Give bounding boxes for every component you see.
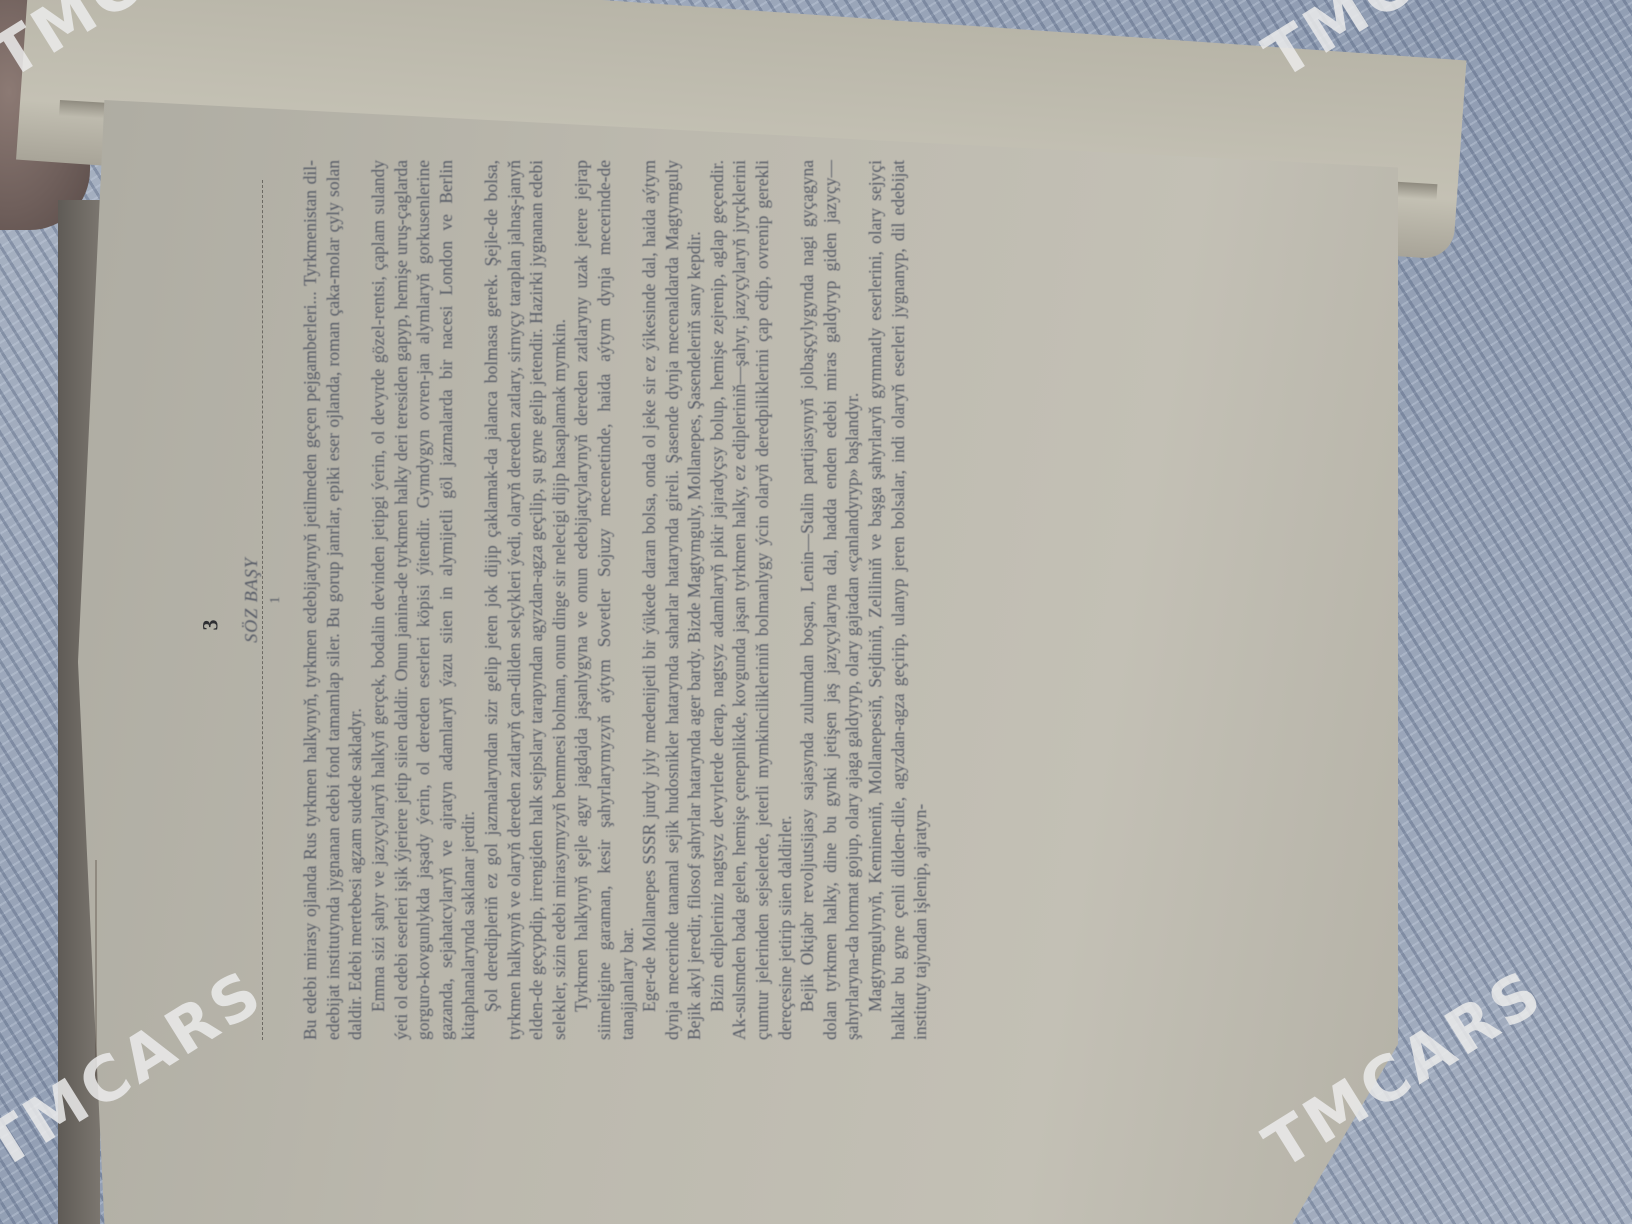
paragraph: Tyrkmen halkynyň şejle agyr jagdajda jaş… — [570, 160, 638, 1040]
paragraph: Eger-de Mollanepes SSSR jurdy jyly meden… — [638, 160, 706, 1040]
paragraph: Bu edebi mirasy ojlanda Rus tyrkmen halk… — [299, 160, 367, 1040]
paragraph: Şol deredipleriň ez gol jazmalaryndan si… — [480, 160, 570, 1040]
paragraph: Magtymgulynyň, Kemineniň, Mollanepesiň, … — [864, 160, 932, 1040]
paragraph: Emma sizi şahyr ve jazyçylaryň halkyň ge… — [367, 160, 480, 1040]
chapter-heading: SÖZ BAŞY — [240, 160, 263, 1040]
page-text: SÖZ BAŞY 1 Bu edebi mirasy ojlanda Rus t… — [240, 160, 932, 1040]
footer-rule — [262, 180, 264, 1040]
page-number: 3 — [198, 620, 224, 631]
paragraph: Bejik Oktjabr revoljutsijasy sajasynda z… — [796, 160, 864, 1040]
chapter-number: 1 — [265, 160, 288, 1040]
paragraph: Bizin edipleriniz nagtsyz devyrlerde der… — [706, 160, 796, 1040]
